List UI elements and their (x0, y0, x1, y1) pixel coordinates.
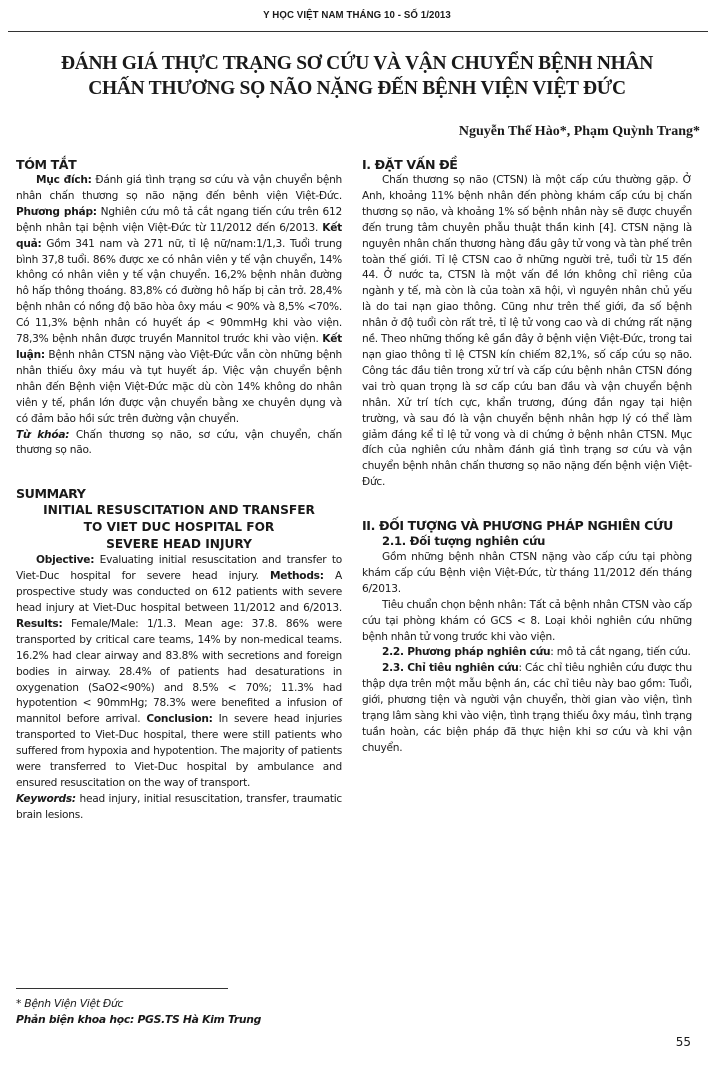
summary-title-line-1: INITIAL RESUSCITATION AND TRANSFER (16, 502, 342, 519)
label-keywords-vi: Từ khóa: (16, 429, 69, 441)
section-2-heading: II. ĐỐI TƯỢNG VÀ PHƯƠNG PHÁP NGHIÊN CỨU (362, 517, 692, 534)
label-conclusion-en: Conclusion: (146, 713, 212, 725)
title-line-2: CHẤN THƯƠNG SỌ NÃO NẶNG ĐẾN BỆNH VIỆN VI… (0, 76, 714, 101)
subsection-2-3-label: 2.3. Chỉ tiêu nghiên cứu (382, 662, 519, 674)
keywords-en: Keywords: head injury, initial resuscita… (16, 792, 342, 824)
label-objective-vi: Mục đích: (36, 174, 92, 186)
authors: Nguyễn Thế Hào*, Phạm Quỳnh Trang* (459, 124, 700, 140)
label-methods-en: Methods: (270, 570, 324, 582)
subsection-2-2-label: 2.2. Phương pháp nghiên cứu (382, 646, 550, 658)
title-line-1: ĐÁNH GIÁ THỰC TRẠNG SƠ CỨU VÀ VẬN CHUYỂN… (0, 51, 714, 76)
footnote: * Bệnh Viện Việt Đức Phản biện khoa học:… (16, 996, 261, 1028)
running-head: Y HỌC VIỆT NAM THÁNG 10 - SỐ 1/2013 (29, 9, 686, 21)
page-number: 55 (676, 1035, 691, 1049)
subsection-2-1-heading: 2.1. Đối tượng nghiên cứu (362, 534, 692, 550)
footnote-reviewer: Phản biện khoa học: PGS.TS Hà Kim Trung (16, 1012, 261, 1028)
summary-title-line-3: SEVERE HEAD INJURY (16, 536, 342, 553)
subsection-2-3-text: : Các chỉ tiêu nghiên cứu được thu thập … (362, 662, 692, 754)
summary-heading: SUMMARY (16, 485, 342, 502)
text-results-vi: Gồm 341 nam và 271 nữ, tỉ lệ nữ/nam:1/1,… (16, 238, 342, 345)
keywords-vi: Từ khóa: Chấn thương sọ não, sơ cứu, vận… (16, 428, 342, 460)
subsection-2-2-text: : mô tả cắt ngang, tiến cứu. (550, 646, 690, 658)
abstract-vi-heading: TÓM TẮT (16, 156, 342, 173)
label-objective-en: Objective: (36, 554, 94, 566)
text-results-en: Female/Male: 1/1.3. Mean age: 37.8. 86% … (16, 618, 342, 725)
left-column: TÓM TẮT Mục đích: Đánh giá tình trạng sơ… (16, 156, 342, 824)
right-column: I. ĐẶT VẤN ĐỀ Chấn thương sọ não (CTSN) … (362, 156, 692, 757)
label-results-en: Results: (16, 618, 62, 630)
label-methods-vi: Phương pháp: (16, 206, 97, 218)
subsection-2-3: 2.3. Chỉ tiêu nghiên cứu: Các chỉ tiêu n… (362, 661, 692, 756)
header-rule (8, 31, 708, 32)
text-conclusion-vi: Bệnh nhân CTSN nặng vào Việt-Đức vẫn còn… (16, 349, 342, 425)
summary-title-line-2: TO VIET DUC HOSPITAL FOR (16, 519, 342, 536)
section-1-paragraph: Chấn thương sọ não (CTSN) là một cấp cứu… (362, 173, 692, 491)
abstract-en-body: Objective: Evaluating initial resuscitat… (16, 553, 342, 792)
subsection-2-1-para-1: Gồm những bệnh nhân CTSN nặng vào cấp cứ… (362, 550, 692, 598)
footnote-affiliation: * Bệnh Viện Việt Đức (16, 996, 261, 1012)
subsection-2-2: 2.2. Phương pháp nghiên cứu: mô tả cắt n… (362, 645, 692, 661)
summary-title: INITIAL RESUSCITATION AND TRANSFER TO VI… (16, 502, 342, 553)
section-1-heading: I. ĐẶT VẤN ĐỀ (362, 156, 692, 173)
article-title: ĐÁNH GIÁ THỰC TRẠNG SƠ CỨU VÀ VẬN CHUYỂN… (0, 51, 714, 101)
subsection-2-1-para-2: Tiêu chuẩn chọn bệnh nhân: Tất cả bệnh n… (362, 598, 692, 646)
abstract-vi-body: Mục đích: Đánh giá tình trạng sơ cứu và … (16, 173, 342, 428)
label-keywords-en: Keywords: (16, 793, 76, 805)
footnote-rule (16, 988, 228, 989)
